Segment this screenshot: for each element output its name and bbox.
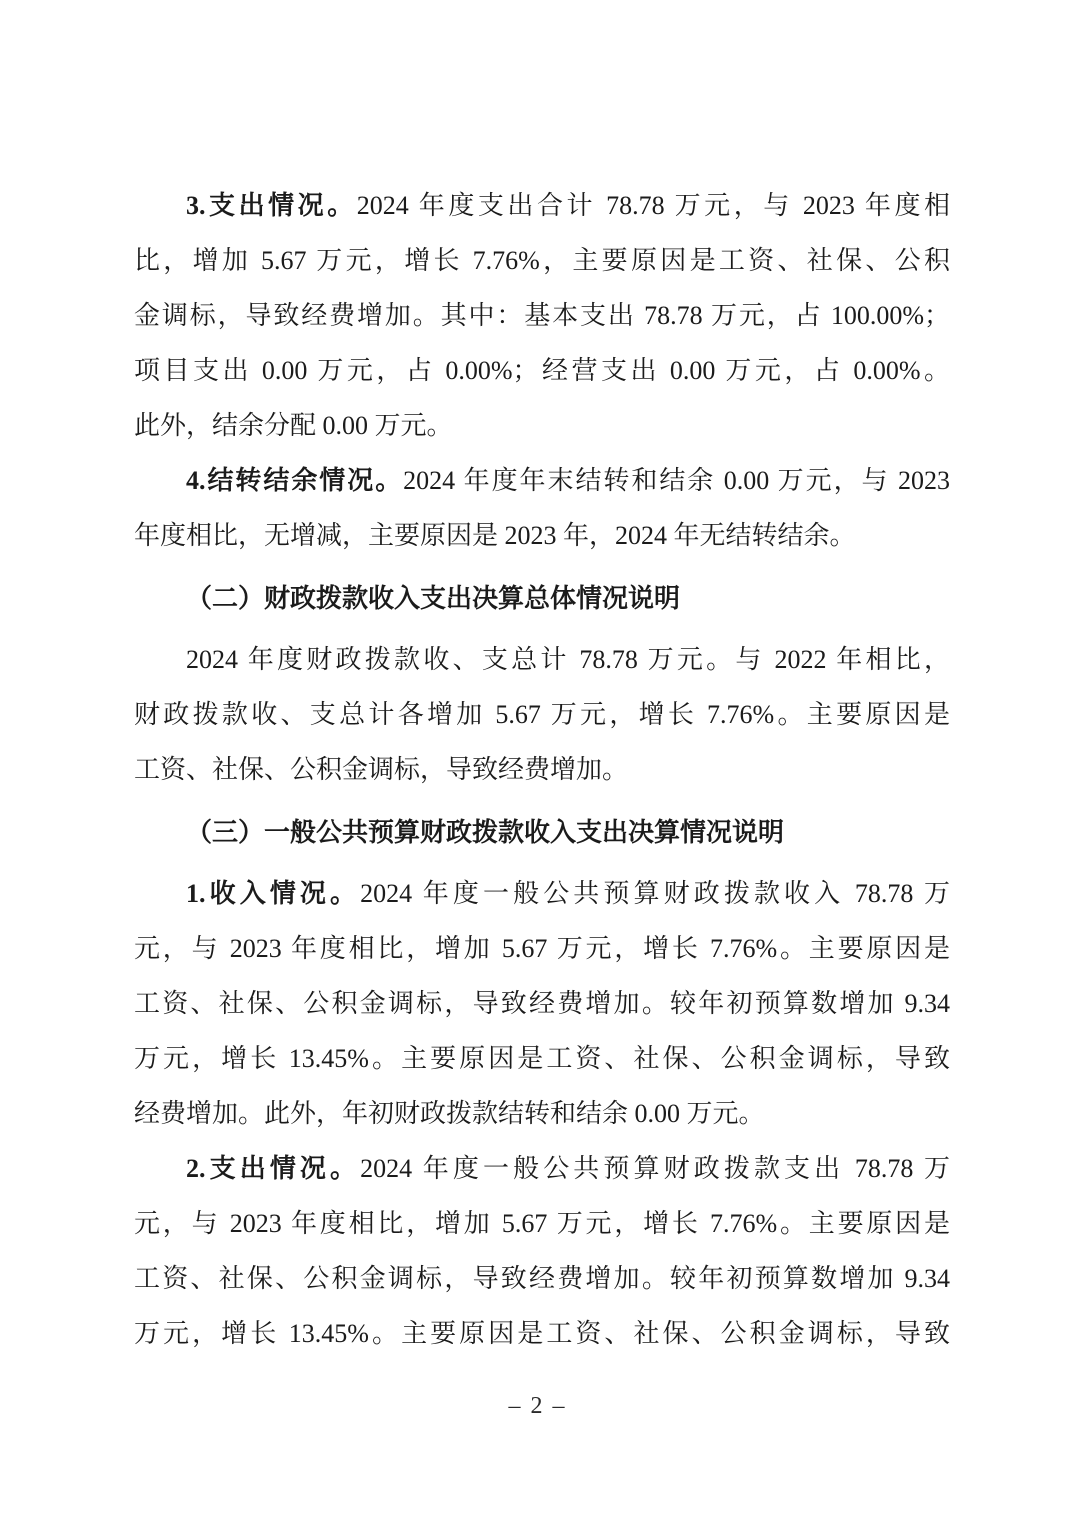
run-in-label: 1.收入情况。 bbox=[186, 879, 360, 908]
line-text: 比，增加 5.67 万元，增长 7.76%，主要原因是工资、社保、公积 bbox=[134, 246, 950, 275]
line-text: 万元，增长 13.45%。主要原因是工资、社保、公积金调标，导致 bbox=[134, 1319, 950, 1348]
run-in-label: 2.支出情况。 bbox=[186, 1154, 360, 1183]
line-text: 经费增加。此外，年初财政拨款结转和结余 0.00 万元。 bbox=[134, 1099, 765, 1128]
text-line: 此外，结余分配 0.00 万元。 bbox=[134, 398, 950, 453]
text-line: 工资、社保、公积金调标，导致经费增加。较年初预算数增加 9.34 bbox=[134, 976, 950, 1031]
text-line: 万元，增长 13.45%。主要原因是工资、社保、公积金调标，导致 bbox=[134, 1031, 950, 1086]
heading-text: （二）财政拨款收入支出决算总体情况说明 bbox=[186, 584, 680, 613]
text-line: 金调标，导致经费增加。其中：基本支出 78.78 万元，占 100.00%； bbox=[134, 288, 950, 343]
text-line: 元，与 2023 年度相比，增加 5.67 万元，增长 7.76%。主要原因是 bbox=[134, 921, 950, 976]
text-line: 项目支出 0.00 万元，占 0.00%；经营支出 0.00 万元，占 0.00… bbox=[134, 343, 950, 398]
text-line: 年度相比，无增减，主要原因是 2023 年，2024 年无结转结余。 bbox=[134, 508, 950, 563]
text-line: 元，与 2023 年度相比，增加 5.67 万元，增长 7.76%。主要原因是 bbox=[134, 1196, 950, 1251]
page-number: – 2 – bbox=[0, 1386, 1075, 1426]
text-line: 万元，增长 13.45%。主要原因是工资、社保、公积金调标，导致 bbox=[134, 1306, 950, 1361]
text-line: 工资、社保、公积金调标，导致经费增加。 bbox=[134, 742, 950, 797]
text-line: 3.支出情况。2024 年度支出合计 78.78 万元，与 2023 年度相 bbox=[134, 178, 950, 233]
text-line: 1.收入情况。2024 年度一般公共预算财政拨款收入 78.78 万 bbox=[134, 866, 950, 921]
line-text: 2024 年度一般公共预算财政拨款支出 78.78 万 bbox=[360, 1154, 950, 1183]
line-text: 工资、社保、公积金调标，导致经费增加。 bbox=[134, 755, 628, 784]
line-text: 年度相比，无增减，主要原因是 2023 年，2024 年无结转结余。 bbox=[134, 521, 856, 550]
heading-text: （三）一般公共预算财政拨款收入支出决算情况说明 bbox=[186, 818, 784, 847]
line-text: 工资、社保、公积金调标，导致经费增加。较年初预算数增加 9.34 bbox=[134, 1264, 950, 1293]
line-text: 元，与 2023 年度相比，增加 5.67 万元，增长 7.76%。主要原因是 bbox=[134, 1209, 950, 1238]
line-text: 此外，结余分配 0.00 万元。 bbox=[134, 411, 453, 440]
run-in-label: 3.支出情况。 bbox=[186, 191, 357, 220]
line-text: 项目支出 0.00 万元，占 0.00%；经营支出 0.00 万元，占 0.00… bbox=[134, 356, 950, 385]
text-line: 4.结转结余情况。2024 年度年末结转和结余 0.00 万元，与 2023 bbox=[134, 453, 950, 508]
run-in-label: 4.结转结余情况。 bbox=[186, 466, 403, 495]
section-heading: （三）一般公共预算财政拨款收入支出决算情况说明 bbox=[134, 805, 950, 860]
text-line: 2024 年度财政拨款收、支总计 78.78 万元。与 2022 年相比， bbox=[134, 632, 950, 687]
document-body: 3.支出情况。2024 年度支出合计 78.78 万元，与 2023 年度相比，… bbox=[134, 178, 950, 1361]
document-page: 3.支出情况。2024 年度支出合计 78.78 万元，与 2023 年度相比，… bbox=[0, 0, 1075, 1520]
text-line: 2.支出情况。2024 年度一般公共预算财政拨款支出 78.78 万 bbox=[134, 1141, 950, 1196]
text-line: 经费增加。此外，年初财政拨款结转和结余 0.00 万元。 bbox=[134, 1086, 950, 1141]
section-heading: （二）财政拨款收入支出决算总体情况说明 bbox=[134, 571, 950, 626]
line-text: 财政拨款收、支总计各增加 5.67 万元，增长 7.76%。主要原因是 bbox=[134, 700, 950, 729]
text-line: 比，增加 5.67 万元，增长 7.76%，主要原因是工资、社保、公积 bbox=[134, 233, 950, 288]
line-text: 工资、社保、公积金调标，导致经费增加。较年初预算数增加 9.34 bbox=[134, 989, 950, 1018]
line-text: 元，与 2023 年度相比，增加 5.67 万元，增长 7.76%。主要原因是 bbox=[134, 934, 950, 963]
line-text: 万元，增长 13.45%。主要原因是工资、社保、公积金调标，导致 bbox=[134, 1044, 950, 1073]
line-text: 金调标，导致经费增加。其中：基本支出 78.78 万元，占 100.00%； bbox=[134, 301, 950, 330]
line-text: 2024 年度年末结转和结余 0.00 万元，与 2023 bbox=[403, 466, 950, 495]
line-text: 2024 年度支出合计 78.78 万元，与 2023 年度相 bbox=[357, 191, 950, 220]
line-text: 2024 年度一般公共预算财政拨款收入 78.78 万 bbox=[360, 879, 950, 908]
text-line: 工资、社保、公积金调标，导致经费增加。较年初预算数增加 9.34 bbox=[134, 1251, 950, 1306]
line-text: 2024 年度财政拨款收、支总计 78.78 万元。与 2022 年相比， bbox=[186, 645, 950, 674]
text-line: 财政拨款收、支总计各增加 5.67 万元，增长 7.76%。主要原因是 bbox=[134, 687, 950, 742]
